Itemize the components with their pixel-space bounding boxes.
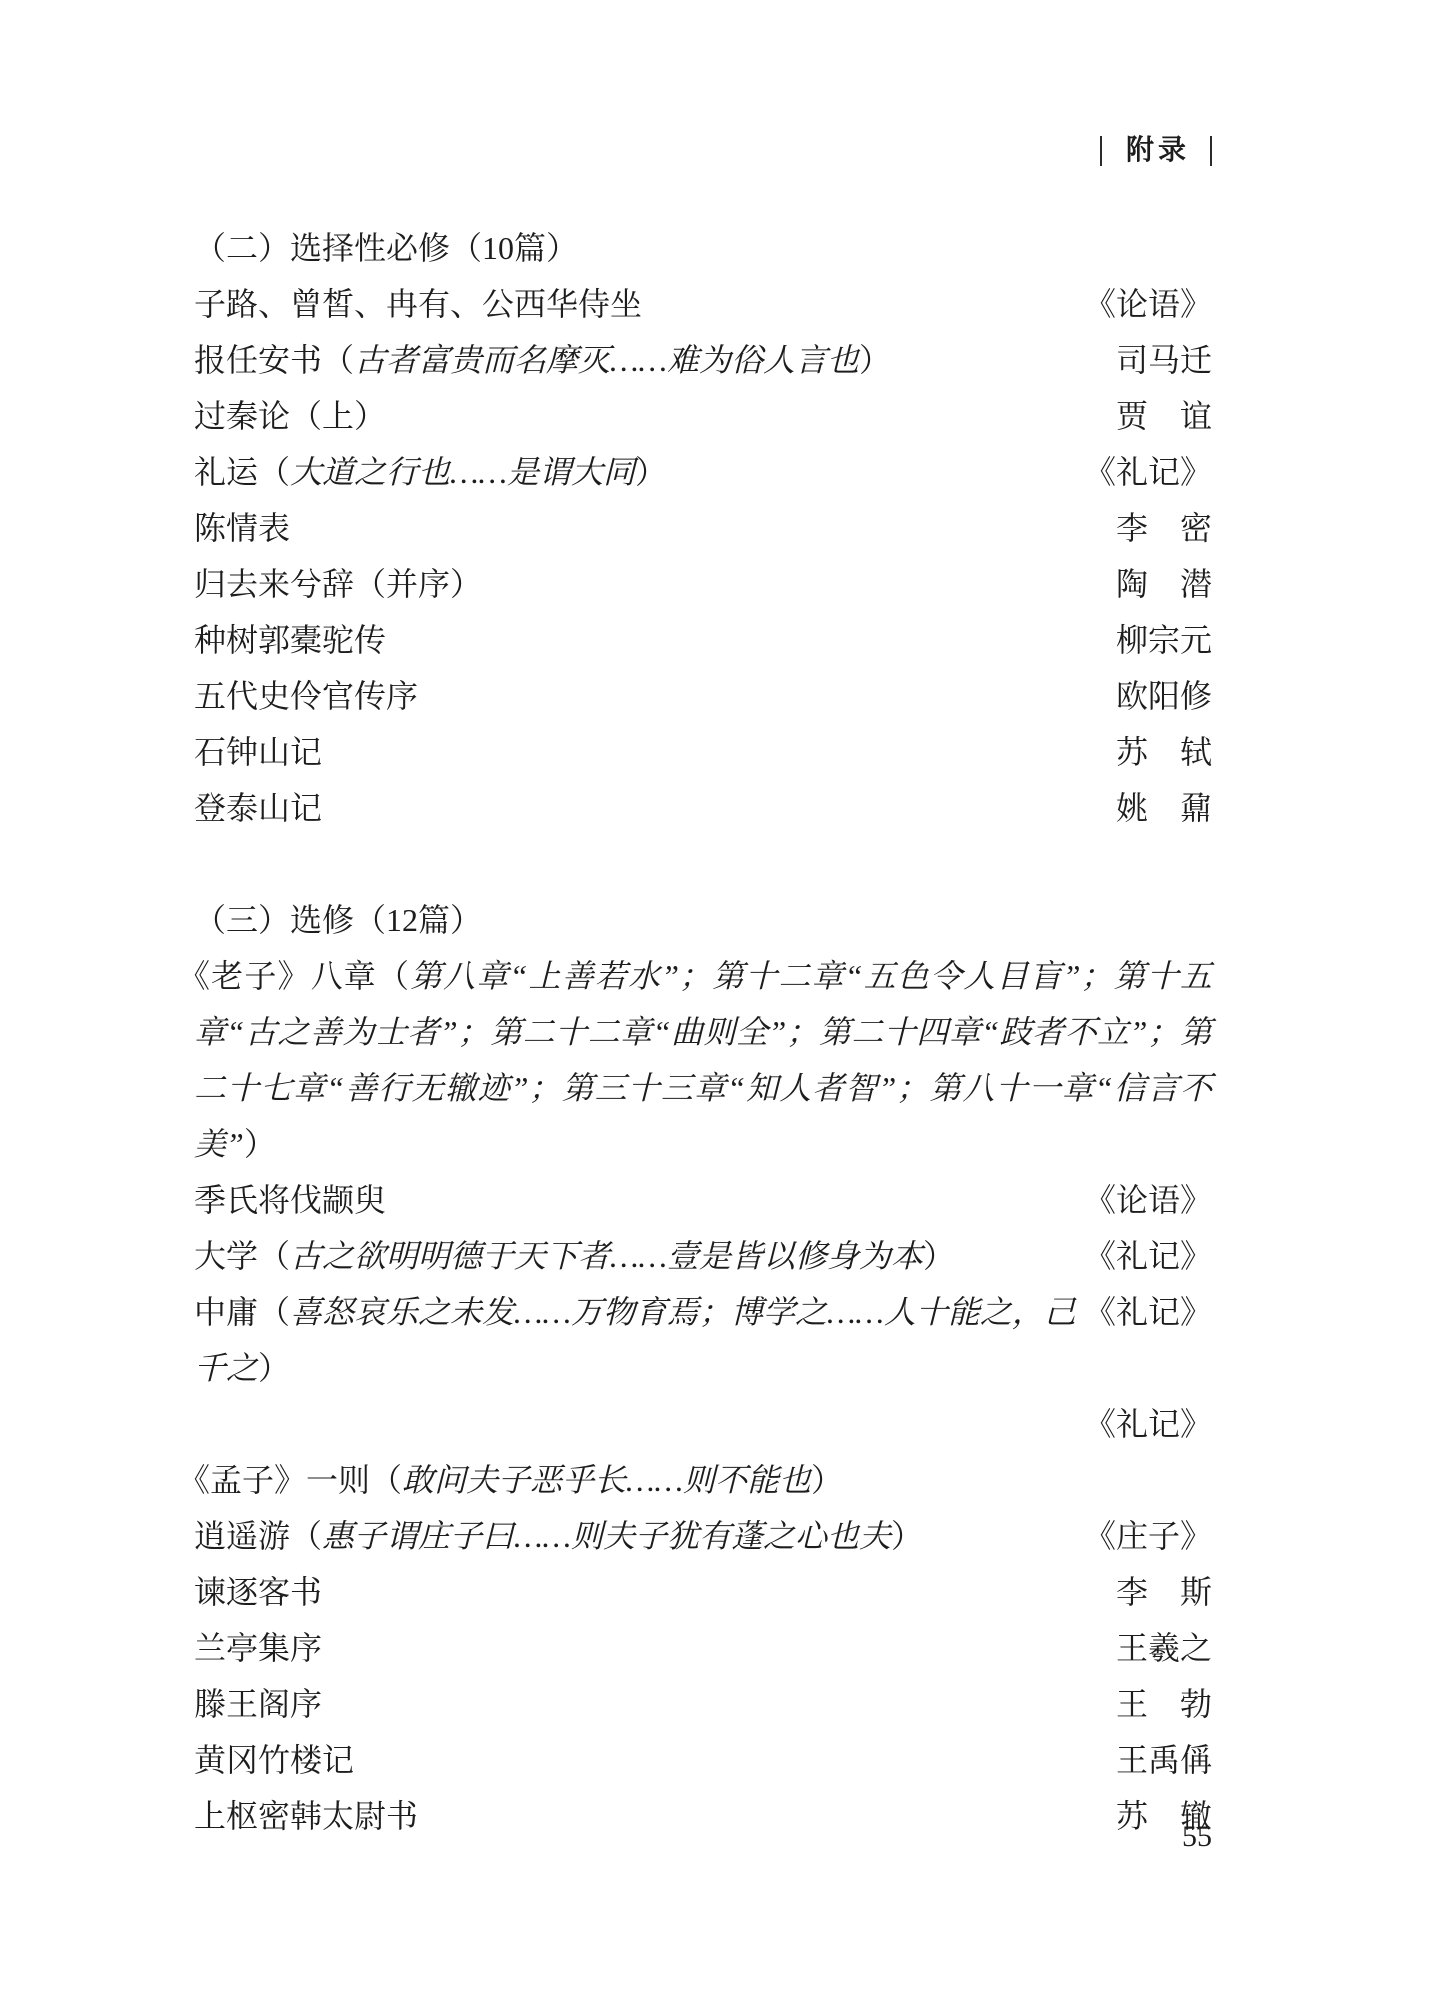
close-paren: ） bbox=[258, 1350, 290, 1386]
list-item-author-line: 《礼记》 bbox=[194, 1396, 1212, 1452]
item-note: 古之欲明明德于天下者……壹是皆以修身为本 bbox=[290, 1238, 923, 1274]
item-title: 陈情表 bbox=[194, 510, 290, 546]
content: （二）选择性必修（10篇）子路、曾皙、冉有、公西华侍坐《论语》报任安书（古者富贵… bbox=[194, 220, 1212, 1844]
list-item: 滕王阁序王 勃 bbox=[194, 1676, 1212, 1732]
item-author: 李 斯 bbox=[1116, 1564, 1212, 1620]
header-rule-right bbox=[1210, 136, 1212, 166]
list-item: 谏逐客书李 斯 bbox=[194, 1564, 1212, 1620]
item-title: 过秦论（上） bbox=[194, 398, 386, 434]
item-author: 贾 谊 bbox=[1116, 388, 1212, 444]
item-title: 礼运 bbox=[194, 454, 258, 490]
item-note: 喜怒哀乐之未发……万物育焉；博学之……人十能之，己千之 bbox=[194, 1294, 1076, 1386]
list-item: 大学（古之欲明明德于天下者……壹是皆以修身为本）《礼记》 bbox=[194, 1228, 1212, 1284]
list-item: 季氏将伐颛臾《论语》 bbox=[194, 1172, 1212, 1228]
item-title: 石钟山记 bbox=[194, 734, 322, 770]
item-author: 王 勃 bbox=[1116, 1676, 1212, 1732]
list-item: 中庸（喜怒哀乐之未发……万物育焉；博学之……人十能之，己千之）《礼记》 bbox=[194, 1284, 1212, 1396]
list-item: 石钟山记苏 轼 bbox=[194, 724, 1212, 780]
item-title: 季氏将伐颛臾 bbox=[194, 1182, 386, 1218]
open-paren: （ bbox=[258, 1294, 290, 1330]
item-author: 司马迁 bbox=[1116, 332, 1212, 388]
item-text: 黄冈竹楼记 bbox=[194, 1732, 354, 1788]
item-title: 子路、曾皙、冉有、公西华侍坐 bbox=[194, 286, 642, 322]
item-title: 种树郭橐驼传 bbox=[194, 622, 386, 658]
open-paren: （ bbox=[258, 454, 290, 490]
item-text: 过秦论（上） bbox=[194, 388, 386, 444]
open-paren: （ bbox=[377, 958, 410, 994]
item-title: 登泰山记 bbox=[194, 790, 322, 826]
section-heading: （三）选修（12篇） bbox=[194, 892, 1212, 948]
item-text: 中庸（喜怒哀乐之未发……万物育焉；博学之……人十能之，己千之） bbox=[194, 1284, 1084, 1396]
section: （二）选择性必修（10篇）子路、曾皙、冉有、公西华侍坐《论语》报任安书（古者富贵… bbox=[194, 220, 1212, 836]
close-paren: ） bbox=[244, 1126, 276, 1162]
header-rule-left bbox=[1100, 136, 1102, 166]
item-text: 季氏将伐颛臾 bbox=[194, 1172, 386, 1228]
section-heading: （二）选择性必修（10篇） bbox=[194, 220, 1212, 276]
item-note: 古者富贵而名摩灭……难为俗人言也 bbox=[354, 342, 859, 378]
item-text: 种树郭橐驼传 bbox=[194, 612, 386, 668]
item-title: 《孟子》一则 bbox=[178, 1462, 370, 1498]
list-item: 种树郭橐驼传柳宗元 bbox=[194, 612, 1212, 668]
close-paren: ） bbox=[891, 1518, 923, 1554]
item-author: 王羲之 bbox=[1116, 1620, 1212, 1676]
open-paren: （ bbox=[258, 1238, 290, 1274]
item-title: 滕王阁序 bbox=[194, 1686, 322, 1722]
list-item: 《孟子》一则（敢问夫子恶乎长……则不能也） bbox=[194, 1452, 1212, 1508]
item-text: 陈情表 bbox=[194, 500, 290, 556]
item-text: 《孟子》一则（敢问夫子恶乎长……则不能也） bbox=[178, 1452, 843, 1508]
open-paren: （ bbox=[322, 342, 354, 378]
list-item: 黄冈竹楼记王禹偁 bbox=[194, 1732, 1212, 1788]
item-note: 大道之行也……是谓大同 bbox=[290, 454, 635, 490]
list-item: 逍遥游（惠子谓庄子曰……则夫子犹有蓬之心也夫）《庄子》 bbox=[194, 1508, 1212, 1564]
item-author: 李 密 bbox=[1116, 500, 1212, 556]
item-author: 《庄子》 bbox=[1084, 1508, 1212, 1564]
item-title: 报任安书 bbox=[194, 342, 322, 378]
item-author: 姚 鼐 bbox=[1116, 780, 1212, 836]
item-author: 《礼记》 bbox=[1084, 1228, 1212, 1284]
item-text: 兰亭集序 bbox=[194, 1620, 322, 1676]
list-item: 归去来兮辞（并序）陶 潜 bbox=[194, 556, 1212, 612]
item-title: 黄冈竹楼记 bbox=[194, 1742, 354, 1778]
item-title: 大学 bbox=[194, 1238, 258, 1274]
item-title: 兰亭集序 bbox=[194, 1630, 322, 1666]
item-author: 《礼记》 bbox=[1084, 1396, 1212, 1452]
item-author: 《礼记》 bbox=[1084, 1284, 1212, 1340]
item-text: 大学（古之欲明明德于天下者……壹是皆以修身为本） bbox=[194, 1228, 955, 1284]
list-item-paragraph: 《老子》八章（第八章“上善若水”；第十二章“五色令人目盲”；第十五章“古之善为士… bbox=[194, 948, 1212, 1172]
item-author: 陶 潜 bbox=[1116, 556, 1212, 612]
item-text: 登泰山记 bbox=[194, 780, 322, 836]
item-author: 柳宗元 bbox=[1116, 612, 1212, 668]
list-item: 礼运（大道之行也……是谓大同）《礼记》 bbox=[194, 444, 1212, 500]
section-gap bbox=[194, 836, 1212, 892]
item-note: 惠子谓庄子曰……则夫子犹有蓬之心也夫 bbox=[322, 1518, 891, 1554]
item-title: 中庸 bbox=[194, 1294, 258, 1330]
item-text: 礼运（大道之行也……是谓大同） bbox=[194, 444, 667, 500]
item-author: 王禹偁 bbox=[1116, 1732, 1212, 1788]
item-author: 欧阳修 bbox=[1116, 668, 1212, 724]
item-author: 苏 轼 bbox=[1116, 724, 1212, 780]
item-text: 报任安书（古者富贵而名摩灭……难为俗人言也） bbox=[194, 332, 891, 388]
item-text: 谏逐客书 bbox=[194, 1564, 322, 1620]
section: （三）选修（12篇）《老子》八章（第八章“上善若水”；第十二章“五色令人目盲”；… bbox=[194, 892, 1212, 1844]
item-title: 归去来兮辞（并序） bbox=[194, 566, 482, 602]
item-text: 滕王阁序 bbox=[194, 1676, 322, 1732]
item-text: 五代史伶官传序 bbox=[194, 668, 418, 724]
item-text: 逍遥游（惠子谓庄子曰……则夫子犹有蓬之心也夫） bbox=[194, 1508, 923, 1564]
item-author: 《论语》 bbox=[1084, 1172, 1212, 1228]
item-author: 《论语》 bbox=[1084, 276, 1212, 332]
page-header: 附录 bbox=[194, 128, 1212, 174]
list-item: 五代史伶官传序欧阳修 bbox=[194, 668, 1212, 724]
list-item: 过秦论（上）贾 谊 bbox=[194, 388, 1212, 444]
item-note: 敢问夫子恶乎长……则不能也 bbox=[402, 1462, 811, 1498]
item-text: 石钟山记 bbox=[194, 724, 322, 780]
open-paren: （ bbox=[370, 1462, 402, 1498]
close-paren: ） bbox=[923, 1238, 955, 1274]
list-item: 报任安书（古者富贵而名摩灭……难为俗人言也）司马迁 bbox=[194, 332, 1212, 388]
list-item: 兰亭集序王羲之 bbox=[194, 1620, 1212, 1676]
page-number: 55 bbox=[194, 1812, 1212, 1862]
list-item: 登泰山记姚 鼐 bbox=[194, 780, 1212, 836]
open-paren: （ bbox=[290, 1518, 322, 1554]
item-title: 五代史伶官传序 bbox=[194, 678, 418, 714]
item-text: 子路、曾皙、冉有、公西华侍坐 bbox=[194, 276, 642, 332]
document-page: 附录 （二）选择性必修（10篇）子路、曾皙、冉有、公西华侍坐《论语》报任安书（古… bbox=[0, 0, 1436, 2010]
header-title: 附录 bbox=[1126, 136, 1190, 166]
item-title: 谏逐客书 bbox=[194, 1574, 322, 1610]
item-title: 逍遥游 bbox=[194, 1518, 290, 1554]
close-paren: ） bbox=[635, 454, 667, 490]
item-text: 归去来兮辞（并序） bbox=[194, 556, 482, 612]
list-item: 子路、曾皙、冉有、公西华侍坐《论语》 bbox=[194, 276, 1212, 332]
list-item: 陈情表李 密 bbox=[194, 500, 1212, 556]
item-title: 《老子》八章 bbox=[178, 958, 377, 994]
item-author: 《礼记》 bbox=[1084, 444, 1212, 500]
close-paren: ） bbox=[811, 1462, 843, 1498]
close-paren: ） bbox=[859, 342, 891, 378]
